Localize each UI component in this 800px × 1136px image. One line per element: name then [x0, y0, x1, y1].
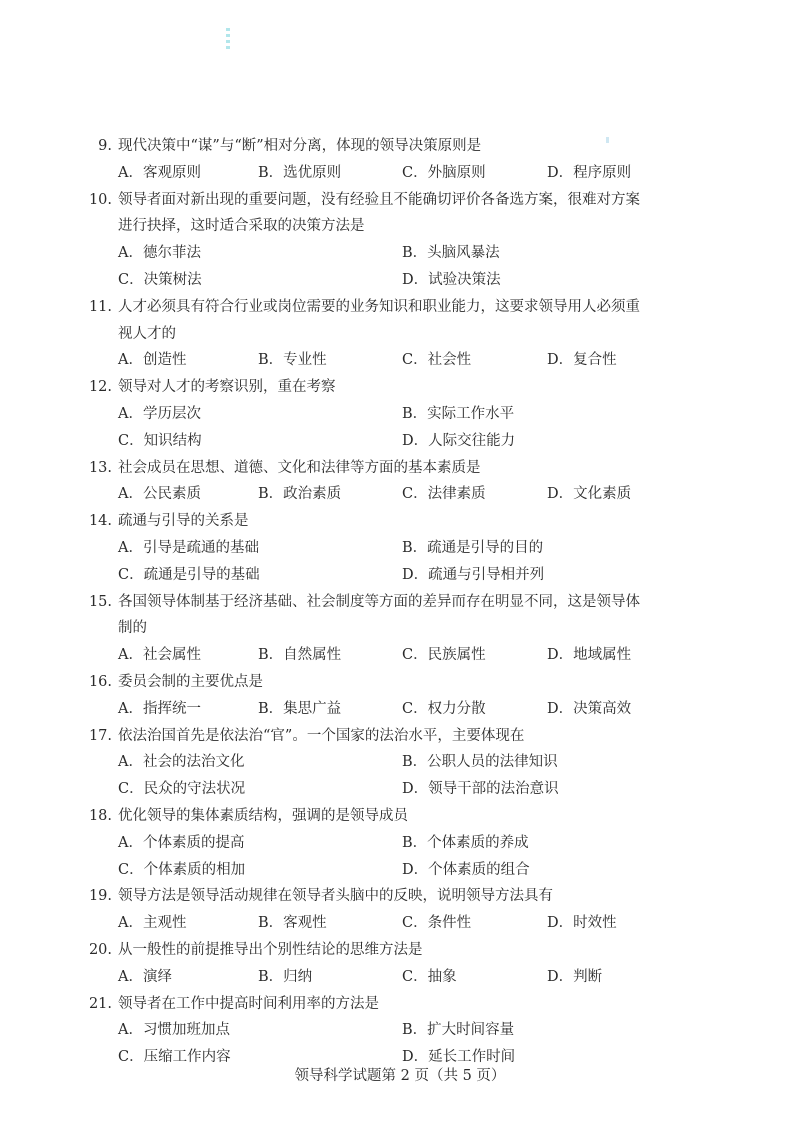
answer-option-a: A．习惯加班加点 — [118, 1020, 230, 1040]
scan-artifact-mark — [226, 28, 230, 50]
answer-option-b: B．个体素质的养成 — [402, 833, 529, 853]
question-number: 18. — [72, 806, 112, 826]
question-number: 20. — [72, 940, 112, 960]
question-number: 17. — [72, 726, 112, 746]
page-footer: 领导科学试题第 2 页（共 5 页） — [0, 1064, 800, 1085]
answer-option-a: A．客观原则 — [118, 163, 201, 183]
answer-option-c: C．疏通是引导的基础 — [118, 565, 260, 585]
question-text: 领导方法是领导活动规律在领导者头脑中的反映，说明领导方法具有 — [118, 886, 553, 906]
answer-option-c: C．条件性 — [402, 913, 471, 933]
answer-option-d: D．判断 — [547, 967, 602, 987]
answer-option-b: B．集思广益 — [258, 699, 341, 719]
answer-option-d: D．疏通与引导相并列 — [402, 565, 544, 585]
question-number: 11. — [72, 297, 112, 317]
answer-option-b: B．扩大时间容量 — [402, 1020, 514, 1040]
question-number: 10. — [72, 190, 112, 210]
answer-option-b: B．自然属性 — [258, 645, 341, 665]
answer-option-a: A．社会的法治文化 — [118, 752, 244, 772]
question-number: 15. — [72, 592, 112, 612]
answer-option-a: A．指挥统一 — [118, 699, 201, 719]
question-text: 视人才的 — [118, 324, 176, 344]
answer-option-d: D．领导干部的法治意识 — [402, 779, 559, 799]
answer-option-a: A．学历层次 — [118, 404, 201, 424]
question-text: 制的 — [118, 618, 147, 638]
answer-option-d: D．文化素质 — [547, 484, 631, 504]
answer-option-b: B．归纳 — [258, 967, 312, 987]
question-text: 现代决策中“谋”与“断”相对分离，体现的领导决策原则是 — [118, 136, 481, 156]
answer-option-c: C．决策树法 — [118, 270, 202, 290]
answer-option-b: B．客观性 — [258, 913, 327, 933]
question-number: 19. — [72, 886, 112, 906]
answer-option-c: C．外脑原则 — [402, 163, 486, 183]
answer-option-c: C．法律素质 — [402, 484, 486, 504]
question-number: 14. — [72, 511, 112, 531]
answer-option-b: B．专业性 — [258, 350, 327, 370]
question-text: 疏通与引导的关系是 — [118, 511, 249, 531]
answer-option-c: C．民众的守法状况 — [118, 779, 245, 799]
scan-artifact-dot — [606, 137, 609, 143]
answer-option-a: A．德尔菲法 — [118, 243, 201, 263]
question-text: 从一般性的前提推导出个别性结论的思维方法是 — [118, 940, 423, 960]
question-text: 社会成员在思想、道德、文化和法律等方面的基本素质是 — [118, 458, 481, 478]
answer-option-d: D．地域属性 — [547, 645, 631, 665]
answer-option-a: A．演绎 — [118, 967, 172, 987]
answer-option-b: B．政治素质 — [258, 484, 341, 504]
question-text: 委员会制的主要优点是 — [118, 672, 263, 692]
answer-option-d: D．个体素质的组合 — [402, 860, 530, 880]
question-text: 各国领导体制基于经济基础、社会制度等方面的差异而存在明显不同，这是领导体 — [118, 592, 640, 612]
question-text: 领导者面对新出现的重要问题，没有经验且不能确切评价各备选方案，很难对方案 — [118, 190, 640, 210]
question-number: 9. — [72, 136, 112, 156]
answer-option-c: C．知识结构 — [118, 431, 202, 451]
question-text: 优化领导的集体素质结构，强调的是领导成员 — [118, 806, 408, 826]
question-text: 依法治国首先是依法治“官”。一个国家的法治水平，主要体现在 — [118, 726, 524, 746]
answer-option-a: A．创造性 — [118, 350, 186, 370]
question-number: 13. — [72, 458, 112, 478]
answer-option-b: B．头脑风暴法 — [402, 243, 500, 263]
answer-option-d: D．时效性 — [547, 913, 617, 933]
answer-option-b: B．公职人员的法律知识 — [402, 752, 558, 772]
question-number: 12. — [72, 377, 112, 397]
answer-option-c: C．个体素质的相加 — [118, 860, 245, 880]
question-number: 21. — [72, 994, 112, 1014]
question-text: 进行抉择，这时适合采取的决策方法是 — [118, 216, 365, 236]
answer-option-d: D．决策高效 — [547, 699, 631, 719]
answer-option-d: D．试验决策法 — [402, 270, 501, 290]
answer-option-d: D．程序原则 — [547, 163, 631, 183]
answer-option-c: C．社会性 — [402, 350, 471, 370]
answer-option-b: B．实际工作水平 — [402, 404, 514, 424]
question-number: 16. — [72, 672, 112, 692]
answer-option-b: B．疏通是引导的目的 — [402, 538, 543, 558]
answer-option-a: A．公民素质 — [118, 484, 201, 504]
answer-option-a: A．个体素质的提高 — [118, 833, 244, 853]
answer-option-a: A．主观性 — [118, 913, 186, 933]
answer-option-b: B．选优原则 — [258, 163, 341, 183]
answer-option-a: A．社会属性 — [118, 645, 201, 665]
answer-option-c: C．权力分散 — [402, 699, 486, 719]
answer-option-d: D．复合性 — [547, 350, 617, 370]
question-text: 领导者在工作中提高时间利用率的方法是 — [118, 994, 379, 1014]
answer-option-c: C．民族属性 — [402, 645, 486, 665]
question-text: 人才必须具有符合行业或岗位需要的业务知识和职业能力，这要求领导用人必须重 — [118, 297, 640, 317]
question-text: 领导对人才的考察识别，重在考察 — [118, 377, 336, 397]
answer-option-c: C．抽象 — [402, 967, 457, 987]
answer-option-d: D．人际交往能力 — [402, 431, 515, 451]
answer-option-a: A．引导是疏通的基础 — [118, 538, 259, 558]
